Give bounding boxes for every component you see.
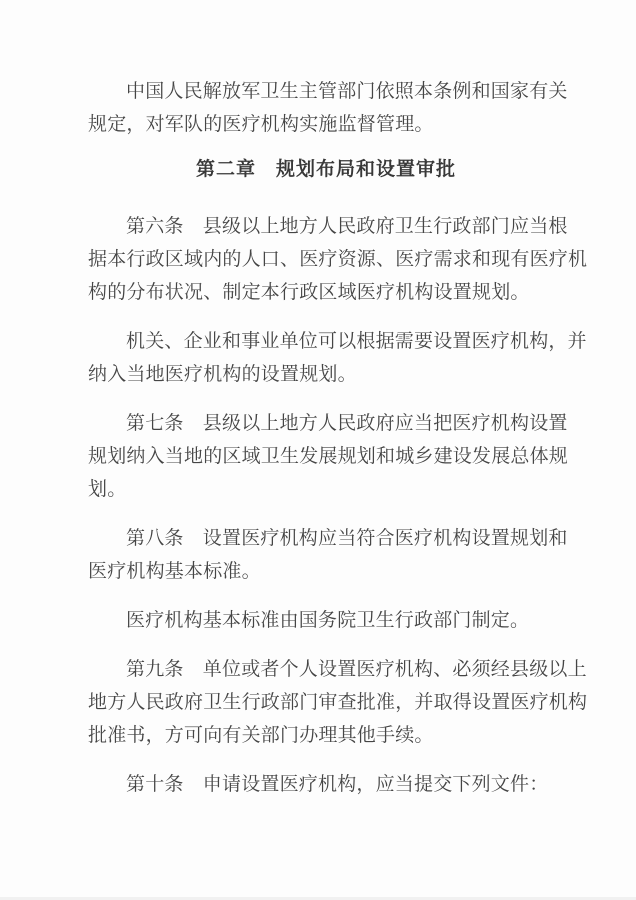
- text-line: 第八条 设置医疗机构应当符合医疗机构设置规划和: [88, 522, 578, 555]
- chapter-heading: 第二章 规划布局和设置审批: [74, 153, 578, 186]
- paragraph-article-6-2: 机关、企业和事业单位可以根据需要设置医疗机构，并 纳入当地医疗机构的设置规划。: [88, 325, 578, 391]
- text-line: 医疗机构基本标准由国务院卫生行政部门制定。: [88, 604, 578, 637]
- paragraph-article-8-2: 医疗机构基本标准由国务院卫生行政部门制定。: [88, 604, 578, 637]
- text-line: 机关、企业和事业单位可以根据需要设置医疗机构，并: [88, 325, 578, 358]
- text-line: 第九条 单位或者个人设置医疗机构、必须经县级以上: [88, 653, 578, 686]
- document-page: 中国人民解放军卫生主管部门依照本条例和国家有关 规定，对军队的医疗机构实施监督管…: [0, 0, 636, 900]
- paragraph-article-6: 第六条 县级以上地方人民政府卫生行政部门应当根 据本行政区域内的人口、医疗资源、…: [88, 210, 578, 309]
- text-line: 规定，对军队的医疗机构实施监督管理。: [88, 108, 578, 141]
- text-line: 中国人民解放军卫生主管部门依照本条例和国家有关: [88, 75, 578, 108]
- text-line: 地方人民政府卫生行政部门审查批准，并取得设置医疗机构: [88, 686, 578, 719]
- text-line: 第六条 县级以上地方人民政府卫生行政部门应当根: [88, 210, 578, 243]
- text-line: 划。: [88, 473, 578, 506]
- paragraph-article-9: 第九条 单位或者个人设置医疗机构、必须经县级以上 地方人民政府卫生行政部门审查批…: [88, 653, 578, 752]
- text-line: 医疗机构基本标准。: [88, 555, 578, 588]
- paragraph-article-7: 第七条 县级以上地方人民政府应当把医疗机构设置 规划纳入当地的区域卫生发展规划和…: [88, 407, 578, 506]
- text-line: 第七条 县级以上地方人民政府应当把医疗机构设置: [88, 407, 578, 440]
- text-line: 据本行政区域内的人口、医疗资源、医疗需求和现有医疗机: [88, 243, 578, 276]
- paragraph-article-8: 第八条 设置医疗机构应当符合医疗机构设置规划和 医疗机构基本标准。: [88, 522, 578, 588]
- paragraph-article-10: 第十条 申请设置医疗机构，应当提交下列文件：: [88, 768, 578, 801]
- text-line: 批准书，方可向有关部门办理其他手续。: [88, 719, 578, 752]
- text-line: 第十条 申请设置医疗机构，应当提交下列文件：: [88, 768, 578, 801]
- paragraph-army-supervision: 中国人民解放军卫生主管部门依照本条例和国家有关 规定，对军队的医疗机构实施监督管…: [88, 75, 578, 141]
- text-line: 构的分布状况、制定本行政区域医疗机构设置规划。: [88, 276, 578, 309]
- text-line: 规划纳入当地的区域卫生发展规划和城乡建设发展总体规: [88, 440, 578, 473]
- text-line: 纳入当地医疗机构的设置规划。: [88, 358, 578, 391]
